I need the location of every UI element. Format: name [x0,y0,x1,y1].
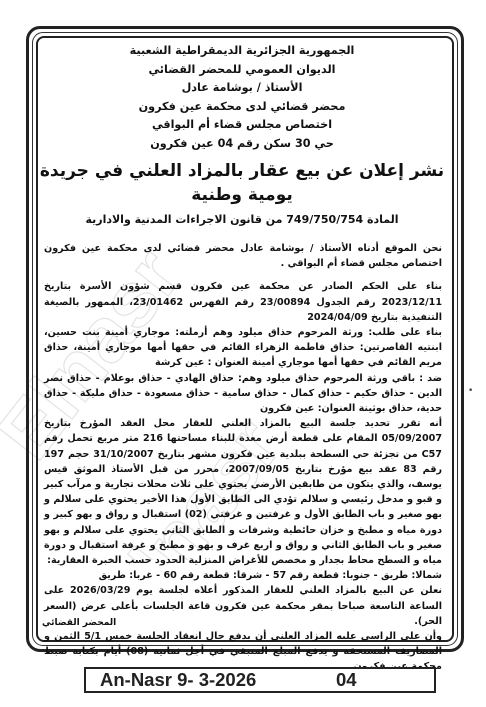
header-office: الديوان العمومي للمحضر القضائي [34,61,450,80]
margin-mark: • [468,386,473,396]
paragraph-property-description: أنه تقرر تحديد جلسة البيع بالمزاد العلني… [44,416,442,568]
publication-date: An-Nasr 9- 3-2026 [100,669,310,691]
paragraph-signatory: نحن الموقع أدناه الأستاذ / بوشامة عادل م… [44,241,442,271]
paragraph-plaintiffs: بناء على طلب: ورثة المرحوم حذاق ميلود وه… [44,325,442,371]
header-bailiff-name: الأستاذ / بوشامة عادل [34,79,450,98]
page-number: 04 [336,669,357,691]
paragraph-defendants: ضد : باقي ورثة المرحوم حذاق ميلود وهم: ح… [44,371,442,417]
notice-content: الجمهورية الجزائرية الديمقراطية الشعبية … [34,34,450,638]
publication-footer: An-Nasr 9- 3-2026 04 [84,667,436,693]
header-republic: الجمهورية الجزائرية الديمقراطية الشعبية [34,42,450,61]
signature: المحضر القضائي [42,618,116,628]
paragraph-boundaries: شمالا: طريق - جنوبا: قطعة رقم 57 - شرقا:… [44,568,442,583]
notice-legal-article: المادة 749/750/754 من قانون الاجراءات ال… [34,211,450,229]
header-court: محضر قضائي لدى محكمة عين فكرون [34,98,450,117]
notice-title: نشر إعلان عن بيع عقار بالمزاد العلني في … [34,159,450,207]
paragraph-judgment: بناء على الحكم الصادر عن محكمة عين فكرون… [44,279,442,325]
header-jurisdiction: اختصاص مجلس قضاء أم البواقي [34,116,450,135]
header-address: حي 30 سكن رقم 04 عين فكرون [34,135,450,154]
